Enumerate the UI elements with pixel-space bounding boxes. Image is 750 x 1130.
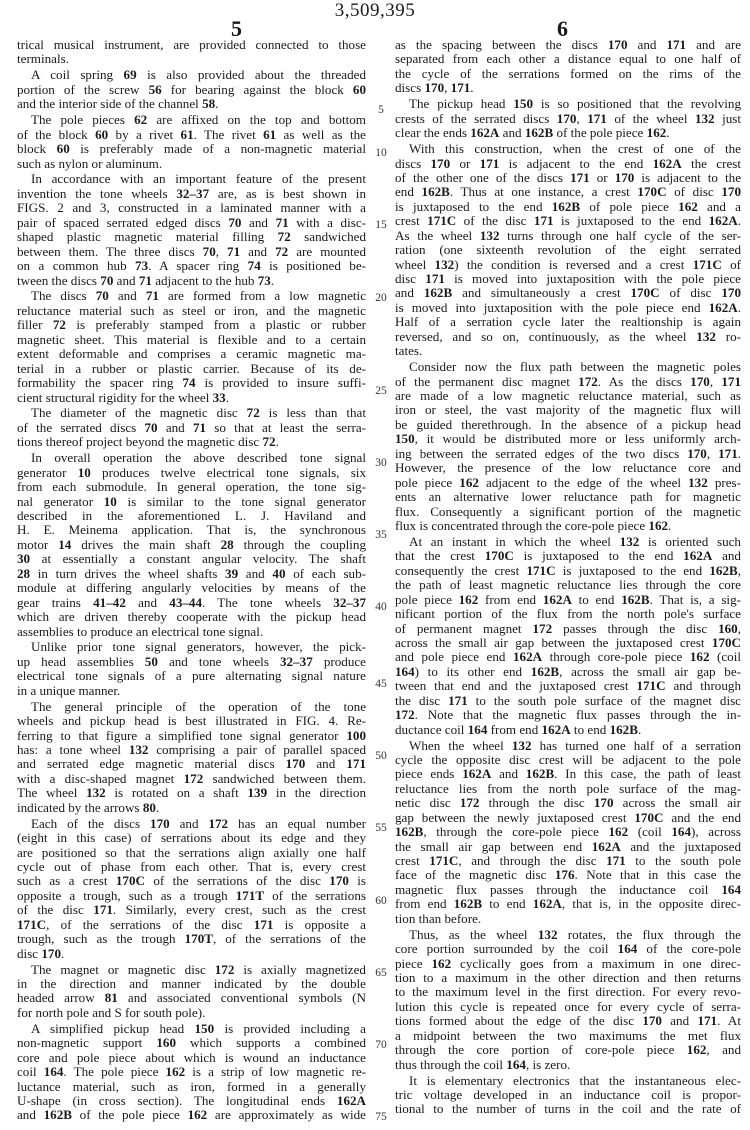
text-line: in the direction and manner indicated by… — [17, 977, 366, 991]
text-line: 172. Note that the magnetic flux passes … — [395, 708, 741, 722]
line-number: 10 — [370, 147, 392, 159]
text-line: gear trains 41–42 and 43–44. The tone wh… — [17, 596, 366, 610]
text-line: as the spacing between the discs 170 and… — [395, 38, 741, 52]
text-line: The general principle of the operation o… — [17, 700, 366, 714]
text-line: nal generator 10 is similar to the tone … — [17, 495, 366, 509]
text-line: pair of spaced serrated edged discs 70 a… — [17, 216, 366, 230]
paragraph: At an instant in which the wheel 132 is … — [395, 535, 741, 737]
text-line: When the wheel 132 has turned one half o… — [395, 739, 741, 753]
text-line: nificant portion of the flux from the no… — [395, 607, 741, 621]
text-line: Thus, as the wheel 132 rotates, the flux… — [395, 928, 741, 942]
text-line: cient structural rigidity for the wheel … — [17, 391, 366, 405]
text-line: ents an alternative lower reluctance pat… — [395, 490, 741, 504]
text-line: iron or steel, the vast majority of the … — [395, 403, 741, 417]
text-line: which are driven thereby cooperate with … — [17, 610, 366, 624]
text-line: discs 170 or 171 is adjacent to the end … — [395, 157, 741, 171]
paragraph: It is elementary electronics that the in… — [395, 1074, 741, 1117]
patent-number: 3,509,395 — [0, 0, 750, 22]
text-line: cycle the opposite disc crest will be ad… — [395, 753, 741, 767]
text-line: (eight in this case) of serrations about… — [17, 831, 366, 845]
text-line: core and pole piece about which is wound… — [17, 1051, 366, 1065]
text-line: In overall operation the above described… — [17, 451, 366, 465]
text-line: disc 170. — [17, 947, 366, 961]
line-number: 45 — [370, 678, 392, 690]
text-line: discs 170, 171. — [395, 81, 741, 95]
text-line: flux. Consequently a significant portion… — [395, 505, 741, 519]
line-number: 50 — [370, 750, 392, 762]
text-line: such as a crest 170C of the serrations o… — [17, 874, 366, 888]
text-line: and serrated edge magnetic material disc… — [17, 757, 366, 771]
text-line: Unlike prior tone signal generators, how… — [17, 640, 366, 654]
paragraph: Each of the discs 170 and 172 has an equ… — [17, 817, 366, 961]
line-number: 75 — [370, 1111, 392, 1123]
right-column: as the spacing between the discs 170 and… — [395, 38, 741, 1118]
text-line: disc 171 is moved into juxtaposition wit… — [395, 272, 741, 286]
text-line: has: a tone wheel 132 comprising a pair … — [17, 743, 366, 757]
text-line: core portion surrounded by the coil 164 … — [395, 942, 741, 956]
line-number: 60 — [370, 895, 392, 907]
text-line: ferring to that figure a simplified tone… — [17, 729, 366, 743]
text-line: and pole piece end 162A through core-pol… — [395, 650, 741, 664]
text-line: reluctance lies from the north pole surf… — [395, 782, 741, 796]
text-line: H. E. Meinema application. That is, the … — [17, 523, 366, 537]
text-line: Half of a serration cycle later the real… — [395, 315, 741, 329]
text-line: piece 162 cyclically goes from a maximum… — [395, 957, 741, 971]
line-number: 55 — [370, 822, 392, 834]
text-line: tions formed about the edge of the disc … — [395, 1014, 741, 1028]
text-line: up head assemblies 50 and tone wheels 32… — [17, 655, 366, 669]
text-line: of permanent magnet 172 passes through t… — [395, 622, 741, 636]
text-line: portion of the screw 56 for bearing agai… — [17, 83, 366, 97]
paragraph: as the spacing between the discs 170 and… — [395, 38, 741, 96]
text-line: magnetic sheet. This material is flexibl… — [17, 333, 366, 347]
text-line: crest 171C, and through the disc 171 to … — [395, 854, 741, 868]
text-line: trough, such as the trough 170T, of the … — [17, 932, 366, 946]
text-line: However, the presence of the low relucta… — [395, 461, 741, 475]
text-line: are positioned so that the serrations al… — [17, 846, 366, 860]
text-line: piece ends 162A and 162B. In this case, … — [395, 767, 741, 781]
text-line: is moved into juxtaposition with the pol… — [395, 301, 741, 315]
text-line: non-magnetic support 160 which supports … — [17, 1036, 366, 1050]
text-line: U-shape (in cross section). The longitud… — [17, 1094, 366, 1108]
text-line: and 162B and simultaneously a crest 170C… — [395, 286, 741, 300]
paragraph: The discs 70 and 71 are formed from a lo… — [17, 289, 366, 405]
text-line: are made of a low magnetic reluctance ma… — [395, 389, 741, 403]
text-line: terminals. — [17, 52, 366, 66]
text-line: tween that end and the juxtaposed crest … — [395, 679, 741, 693]
text-line: filler 72 is preferably stamped from a p… — [17, 318, 366, 332]
text-line: lution this cycle is repeated once for e… — [395, 1000, 741, 1014]
text-line: to the maximum level in the first direct… — [395, 985, 741, 999]
text-line: tric voltage developed in an inductance … — [395, 1088, 741, 1102]
line-number: 40 — [370, 601, 392, 613]
text-line: module at differing angularly velocities… — [17, 581, 366, 595]
paragraph: The magnet or magnetic disc 172 is axial… — [17, 963, 366, 1021]
text-line: Each of the discs 170 and 172 has an equ… — [17, 817, 366, 831]
text-line: pole piece 162 adjacent to the edge of t… — [395, 476, 741, 490]
paragraph: Unlike prior tone signal generators, how… — [17, 640, 366, 698]
text-line: At an instant in which the wheel 132 is … — [395, 535, 741, 549]
text-line: trical musical instrument, are provided … — [17, 38, 366, 52]
text-line: tional to the number of turns in the coi… — [395, 1102, 741, 1116]
text-line: with a disc-shaped magnet 172 sandwiched… — [17, 772, 366, 786]
line-number: 5 — [370, 104, 392, 116]
text-line: is juxtaposed to the end 162B of pole pi… — [395, 200, 741, 214]
paragraph: The general principle of the operation o… — [17, 700, 366, 816]
paragraph: trical musical instrument, are provided … — [17, 38, 366, 67]
text-line: 164) to its other end 162B, across the s… — [395, 665, 741, 679]
text-line: The pole pieces 62 are affixed on the to… — [17, 113, 366, 127]
text-line: electrical tone signals of a pure altern… — [17, 669, 366, 683]
left-column: trical musical instrument, are provided … — [17, 38, 366, 1124]
text-line: be guided therethrough. In the absence o… — [395, 418, 741, 432]
text-line: clear the ends 162A and 162B of the pole… — [395, 126, 741, 140]
text-line: thus through the coil 164, is zero. — [395, 1058, 741, 1072]
text-line: on a common hub 73. A spacer ring 74 is … — [17, 259, 366, 273]
text-line: shaped plastic magnetic material filling… — [17, 230, 366, 244]
paragraph: In accordance with an important feature … — [17, 172, 366, 288]
text-line: of the permanent disc magnet 172. As the… — [395, 375, 741, 389]
text-line: The pickup head 150 is so positioned tha… — [395, 97, 741, 111]
text-line: through the core portion of core-pole pi… — [395, 1043, 741, 1057]
text-line: reversed, and so on, continuously, as th… — [395, 330, 741, 344]
text-line: generator 10 produces twelve electrical … — [17, 466, 366, 480]
paragraph: Consider now the flux path between the m… — [395, 360, 741, 533]
text-line: crests of the serrated discs 170, 171 of… — [395, 112, 741, 126]
text-line: between them. The three discs 70, 71 and… — [17, 245, 366, 259]
text-line: luctance material, such as iron, formed … — [17, 1080, 366, 1094]
text-line: Consider now the flux path between the m… — [395, 360, 741, 374]
paragraph: The pickup head 150 is so positioned tha… — [395, 97, 741, 140]
text-line: The diameter of the magnetic disc 72 is … — [17, 406, 366, 420]
line-number: 25 — [370, 385, 392, 397]
text-line: gap between the newly juxtaposed crest 1… — [395, 811, 741, 825]
text-line: ductance coil 164 from end 162A to end 1… — [395, 723, 741, 737]
text-line: the disc 171 to the south pole surface o… — [395, 694, 741, 708]
text-line: formability the spacer ring 74 is provid… — [17, 376, 366, 390]
text-line: The magnet or magnetic disc 172 is axial… — [17, 963, 366, 977]
text-line: face of the magnetic disc 176. Note that… — [395, 868, 741, 882]
text-line: across the small air gap between the jux… — [395, 636, 741, 650]
paragraph: When the wheel 132 has turned one half o… — [395, 739, 741, 927]
text-line: the small air gap between end 162A and t… — [395, 840, 741, 854]
text-line: separated from each other a distance equ… — [395, 52, 741, 66]
text-line: crest 171C of the disc 171 is juxtaposed… — [395, 214, 741, 228]
text-line: pole piece 162 from end 162A to end 162B… — [395, 593, 741, 607]
text-line: and the interior side of the channel 58. — [17, 97, 366, 111]
text-line: terial in a rubber or plastic carrier. B… — [17, 362, 366, 376]
text-line: wheels and pickup head is best illustrat… — [17, 714, 366, 728]
text-line: of the disc 171. Similarly, every crest,… — [17, 903, 366, 917]
text-line: headed arrow 81 and associated conventio… — [17, 991, 366, 1005]
text-line: 171C, of the serrations of the disc 171 … — [17, 918, 366, 932]
text-line: With this construction, when the crest o… — [395, 142, 741, 156]
line-number: 20 — [370, 292, 392, 304]
text-line: invention the tone wheels 32–37 are, as … — [17, 187, 366, 201]
paragraph: With this construction, when the crest o… — [395, 142, 741, 359]
text-line: motor 14 drives the main shaft 28 throug… — [17, 538, 366, 552]
paragraph: A coil spring 69 is also provided about … — [17, 68, 366, 111]
text-line: of the block 60 by a rivet 61. The rivet… — [17, 128, 366, 142]
text-line: from each submodule. In general operatio… — [17, 480, 366, 494]
text-line: coil 164. The pole piece 162 is a strip … — [17, 1065, 366, 1079]
line-number: 15 — [370, 219, 392, 231]
text-line: 162B, through the core-pole piece 162 (c… — [395, 825, 741, 839]
text-line: FIGS. 2 and 3, constructed in a laminate… — [17, 201, 366, 215]
text-line: 28 in turn drives the wheel shafts 39 an… — [17, 567, 366, 581]
text-line: the cycle of the serrations formed on th… — [395, 67, 741, 81]
text-line: reluctance material such as steel or iro… — [17, 304, 366, 318]
text-line: tween the discs 70 and 71 adjacent to th… — [17, 274, 366, 288]
text-line: cycle out of phase from each other. That… — [17, 860, 366, 874]
text-line: ing between the serrated edges of the tw… — [395, 447, 741, 461]
text-line: that the crest 170C is juxtaposed to the… — [395, 549, 741, 563]
line-number: 65 — [370, 967, 392, 979]
paragraph: The pole pieces 62 are affixed on the to… — [17, 113, 366, 171]
text-line: magnetic flux passes through the inducta… — [395, 883, 741, 897]
text-line: ration (one sixteenth revolution of the … — [395, 243, 741, 257]
text-line: the path of least magnetic reluctance li… — [395, 578, 741, 592]
text-line: in a unique manner. — [17, 684, 366, 698]
text-line: tion to a maximum in the other direction… — [395, 971, 741, 985]
paragraph: Thus, as the wheel 132 rotates, the flux… — [395, 928, 741, 1072]
paragraph: In overall operation the above described… — [17, 451, 366, 639]
line-number: 35 — [370, 529, 392, 541]
text-line: tions thereof project beyond the magneti… — [17, 435, 366, 449]
text-line: described in the aforementioned L. J. Ha… — [17, 509, 366, 523]
text-line: flux is concentrated through the core-po… — [395, 519, 741, 533]
text-line: The discs 70 and 71 are formed from a lo… — [17, 289, 366, 303]
text-line: of the other one of the discs 171 or 170… — [395, 171, 741, 185]
text-line: of the serrated discs 70 and 71 so that … — [17, 421, 366, 435]
text-line: such as nylon or aluminum. — [17, 157, 366, 171]
text-line: wheel 132) the condition is reversed and… — [395, 258, 741, 272]
text-line: for north pole and S for south pole). — [17, 1006, 366, 1020]
text-line: assemblies to produce an electrical tone… — [17, 625, 366, 639]
text-line: A simplified pickup head 150 is provided… — [17, 1022, 366, 1036]
line-number: 70 — [370, 1039, 392, 1051]
text-line: opposite a trough, such as a trough 171T… — [17, 889, 366, 903]
text-line: netic disc 172 through the disc 170 acro… — [395, 796, 741, 810]
text-line: indicated by the arrows 80. — [17, 801, 366, 815]
text-line: extent deformable and comprises a cerami… — [17, 347, 366, 361]
text-line: As the wheel 132 turns through one half … — [395, 229, 741, 243]
paragraph: A simplified pickup head 150 is provided… — [17, 1022, 366, 1123]
text-line: It is elementary electronics that the in… — [395, 1074, 741, 1088]
text-line: tion than before. — [395, 912, 741, 926]
text-line: end 162B. Thus at one instance, a crest … — [395, 185, 741, 199]
text-line: block 60 is preferably made of a non-mag… — [17, 142, 366, 156]
text-line: 30 at essentially a constant angular vel… — [17, 552, 366, 566]
text-line: from end 162B to end 162A, that is, in t… — [395, 897, 741, 911]
text-line: a midpoint between the two maximums the … — [395, 1029, 741, 1043]
line-number: 30 — [370, 457, 392, 469]
text-line: and 162B of the pole piece 162 are appro… — [17, 1108, 366, 1122]
text-line: A coil spring 69 is also provided about … — [17, 68, 366, 82]
text-line: The wheel 132 is rotated on a shaft 139 … — [17, 786, 366, 800]
paragraph: The diameter of the magnetic disc 72 is … — [17, 406, 366, 449]
text-line: In accordance with an important feature … — [17, 172, 366, 186]
text-line: consequently the crest 171C is juxtapose… — [395, 564, 741, 578]
text-line: tates. — [395, 344, 741, 358]
text-line: 150, it would be distributed more or les… — [395, 432, 741, 446]
